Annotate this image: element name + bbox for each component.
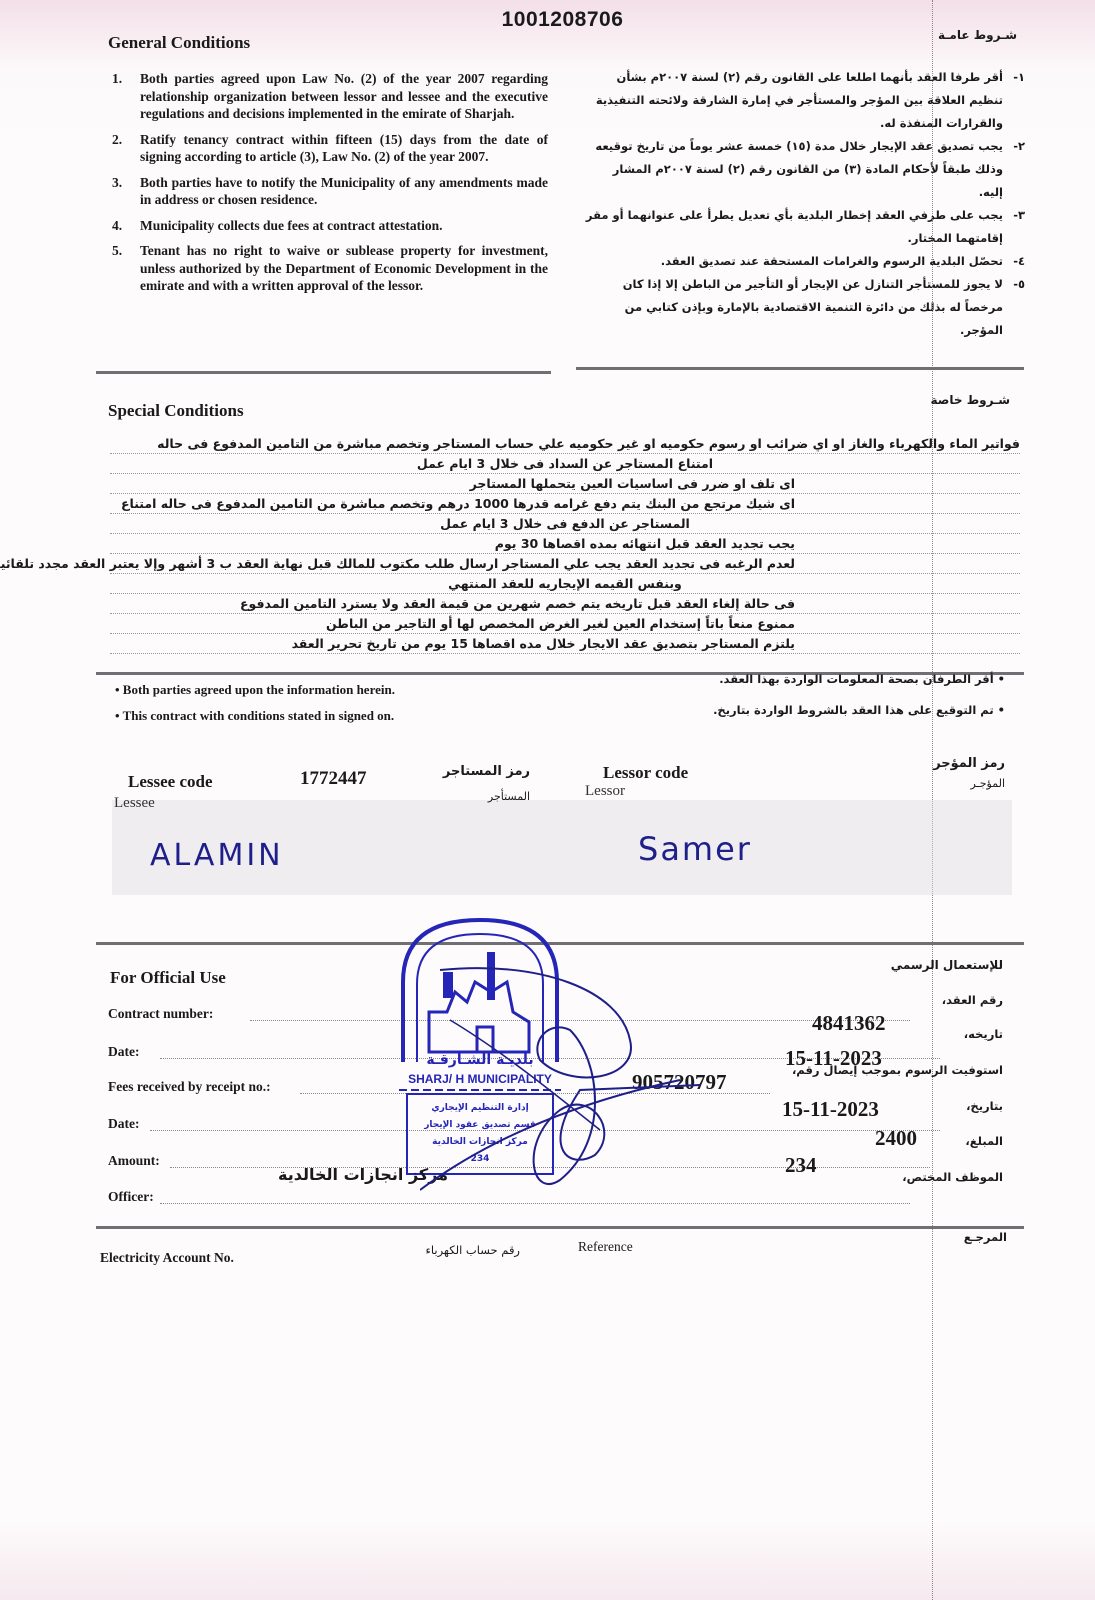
contract-number-label: Contract number:	[108, 1006, 213, 1022]
lessee-code-label: Lessee code	[128, 772, 213, 792]
special-condition-line: اى شيك مرتجع من البنك يتم دفع غرامه قدره…	[110, 494, 1020, 514]
lessee-label-ar: المستأجر	[430, 790, 530, 803]
officer-value: 234	[785, 1153, 817, 1178]
agreement-line-en: • This contract with conditions stated i…	[115, 708, 394, 724]
reference-label: Reference	[578, 1239, 633, 1255]
general-condition-item-ar: ٤-تحصّل البلدية الرسوم والغرامات المستحق…	[585, 250, 1025, 273]
lessee-label: Lessee	[114, 795, 155, 812]
special-conditions-list: فواتير الماء والكهرباء والغاز او اي ضرائ…	[110, 434, 1020, 654]
general-conditions-list-ar: ١-أقر طرفا العقد بأنهما اطلعا على القانو…	[585, 66, 1025, 342]
general-condition-item: 2.Ratify tenancy contract within fifteen…	[112, 131, 548, 166]
receipt-date-value: 15-11-2023	[782, 1097, 879, 1122]
special-condition-line: ممنوع منعاً باتاً إستخدام العين لغير الغ…	[110, 614, 1020, 634]
lessee-code-value: 1772447	[300, 768, 367, 790]
divider	[96, 371, 551, 374]
contract-date-label: Date:	[108, 1044, 139, 1060]
lessor-label-ar: المؤجـر	[900, 777, 1005, 790]
divider	[96, 1226, 1024, 1229]
special-condition-line: يجب تجديد العقد قبل انتهائه بمده اقصاها …	[110, 534, 1020, 554]
document-number: 1001208706	[0, 8, 1095, 32]
special-condition-line: فى حالة إلغاء العقد قبل تاريخه يتم خصم ش…	[110, 594, 1020, 614]
special-condition-line: لعدم الرغبه فى تجديد العقد يجب علي المست…	[110, 554, 1020, 574]
divider	[576, 367, 1024, 370]
official-use-title-ar: للإستعمال الرسمي	[891, 958, 1003, 972]
general-conditions-list-en: 1.Both parties agreed upon Law No. (2) o…	[112, 70, 548, 303]
general-condition-item: 3.Both parties have to notify the Munici…	[112, 174, 548, 209]
receipt-number-label-ar: استوفيت الرسوم بموجب إيصال رقم،	[792, 1063, 1003, 1077]
general-conditions-title: General Conditions	[108, 33, 250, 53]
lessor-signature: Samer	[638, 830, 752, 868]
general-condition-item-ar: ٢-يجب تصديق عقد الإيجار خلال مدة (١٥) خم…	[585, 135, 1025, 204]
general-condition-item: 4.Municipality collects due fees at cont…	[112, 217, 548, 235]
special-condition-line: يلتزم المستاجر بتصديق عقد الايجار خلال م…	[110, 634, 1020, 654]
officer-signature-icon	[420, 960, 700, 1200]
special-conditions-title: Special Conditions	[108, 401, 244, 421]
agreement-line-en: • Both parties agreed upon the informati…	[115, 682, 395, 698]
reference-label-ar: المرجـع	[964, 1230, 1007, 1244]
contract-number-label-ar: رقم العقد،	[942, 993, 1003, 1007]
general-conditions-title-ar: شـروط عامـة	[938, 28, 1017, 42]
special-condition-line: اى تلف او ضرر فى اساسيات العين يتحملها ا…	[110, 474, 1020, 494]
amount-value: 2400	[875, 1126, 917, 1151]
amount-label-ar: المبلغ،	[965, 1134, 1003, 1148]
lessor-label: Lessor	[585, 783, 625, 800]
lessor-code-label-ar: رمز المؤجر	[900, 756, 1005, 771]
special-conditions-title-ar: شـروط خاصة	[931, 393, 1011, 407]
general-condition-item: 5.Tenant has no right to waive or sublea…	[112, 242, 548, 295]
receipt-date-label: Date:	[108, 1116, 139, 1132]
contract-number-value: 4841362	[812, 1011, 886, 1036]
tenancy-contract-page: 1001208706 General Conditions شـروط عامـ…	[0, 0, 1095, 1600]
general-condition-item: 1.Both parties agreed upon Law No. (2) o…	[112, 70, 548, 123]
dotted-line	[160, 1203, 910, 1204]
officer-label-ar: الموظف المختص،	[902, 1170, 1003, 1184]
special-condition-line: فواتير الماء والكهرباء والغاز او اي ضرائ…	[110, 434, 1020, 454]
electricity-account-label-ar: رقم حساب الكهرباء	[390, 1243, 520, 1257]
amount-label: Amount:	[108, 1153, 160, 1169]
lessor-code-label: Lessor code	[603, 763, 688, 783]
lessee-signature: ALAMIN	[150, 838, 284, 873]
official-use-title: For Official Use	[110, 968, 226, 988]
general-condition-item-ar: ٥-لا يجوز للمستأجر التنازل عن الإيجار أو…	[585, 273, 1025, 342]
special-condition-line: امتناع المستاجر عن السداد فى خلال 3 ايام…	[110, 454, 1020, 474]
contract-date-label-ar: تاريخه،	[964, 1027, 1003, 1041]
special-condition-line: وبنفس القيمه الإيجاريه للعقد المنتهي	[110, 574, 1020, 594]
general-condition-item-ar: ٣-يجب على طرفي العقد إخطار البلدية بأي ت…	[585, 204, 1025, 250]
agreement-line-ar: • أقر الطرفان بصحة المعلومات الواردة بهذ…	[719, 672, 1005, 686]
electricity-account-label: Electricity Account No.	[100, 1250, 234, 1266]
general-condition-item-ar: ١-أقر طرفا العقد بأنهما اطلعا على القانو…	[585, 66, 1025, 135]
receipt-date-label-ar: بتاريخ،	[966, 1099, 1003, 1113]
lessee-code-label-ar: رمز المستاجر	[430, 764, 530, 779]
officer-label: Officer:	[108, 1189, 154, 1205]
agreement-line-ar: • تم التوقيع على هذا العقد بالشروط الوار…	[713, 703, 1005, 717]
special-condition-line: المستاجر عن الدفع فى خلال 3 ايام عمل	[110, 514, 1020, 534]
receipt-number-label: Fees received by receipt no.:	[108, 1079, 271, 1095]
